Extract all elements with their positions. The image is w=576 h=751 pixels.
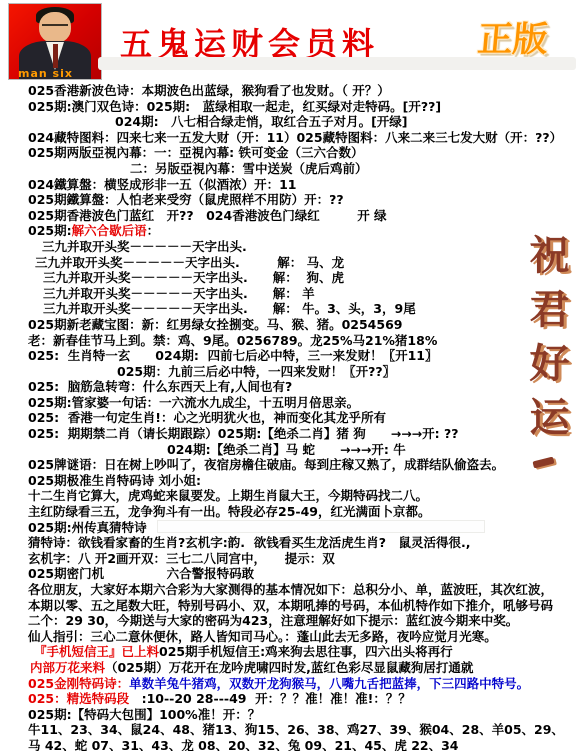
text-segment: 025期香港波色门蓝红 开?? 024香港波色门绿红 开 绿 bbox=[28, 208, 387, 223]
text-line: 三九并取开头奖－－－－－天字出头. bbox=[0, 239, 576, 255]
side-banner-text: 祝君好运 bbox=[523, 234, 569, 450]
content-lines: 025香港新波色诗：本期波色出蓝绿，猴狗看了也发财。（ 开？）025期:澳门双色… bbox=[0, 83, 576, 751]
text-line: 马 42、蛇 07、31、43、龙 08、20、32、兔 09、21、45、虎 … bbox=[0, 738, 576, 751]
text-segment: 单数羊兔牛猪鸡，双数开龙狗猴马，八嘴九舌把蓝捧，下三四路中特号。 bbox=[129, 676, 529, 691]
header-band bbox=[98, 57, 576, 70]
text-segment: 各位朋友，大家好本期六合彩为大家测得的基本情况如下：总积分小、单，蓝波旺，其次红… bbox=[28, 582, 553, 597]
text-line: 025期:澳门双色诗：025期: 蓝绿相取一起走，红买绿对走特码。[开??] bbox=[0, 99, 576, 115]
text-line: 牛11、23、34、鼠24、48、猪13、狗15、26、38、鸡27、39、猴0… bbox=[0, 722, 576, 738]
text-segment: 025香港新波色诗：本期波色出蓝绿，猴狗看了也发财。（ 开？） bbox=[28, 83, 390, 98]
text-line: 025金刚特码诗：单数羊兔牛猪鸡，双数开龙狗猴马，八嘴九舌把蓝捧，下三四路中特号… bbox=[0, 676, 576, 692]
text-line: 025期:【特码大包围】100%准！开：？ bbox=[0, 707, 576, 723]
text-segment: 025期新老藏宝图：新：红男绿女拴捌变。马、猴、猪。0254569 bbox=[28, 317, 402, 332]
text-segment: 三九并取开头奖－－－－－天字出头. 解： 马、龙 bbox=[35, 255, 344, 270]
text-line: 二个：29 30，今期送与大家的密码为423，注意理解好如下提示：蓝红波今期来中… bbox=[0, 613, 576, 629]
text-line: 025期:解六合歇后语： bbox=[0, 223, 576, 239]
text-segment: 牛11、23、34、鼠24、48、猪13、狗15、26、38、鸡27、39、猴0… bbox=[28, 722, 564, 737]
text-line: 024鐵算盤：横竖成形非一五（似酒浓）开：11 bbox=[0, 177, 576, 193]
text-segment: 024期:【绝杀二肖】马 蛇 →→→开: 牛 bbox=[167, 442, 406, 457]
text-segment: 025牌谜语：日在树上吵叫了，夜宿房檐住破庙。每到庄稼又熟了，成群结队偷盗去。 bbox=[28, 457, 504, 472]
text-line: 025：精选特码段 :10--20 28---49 开：？？准！准！准!：？？ bbox=[0, 691, 576, 707]
text-segment: 025金刚特码诗： bbox=[28, 676, 129, 691]
text-line: 025香港新波色诗：本期波色出蓝绿，猴狗看了也发财。（ 开？） bbox=[0, 83, 576, 99]
genuine-badge: 正版 bbox=[476, 12, 550, 62]
text-line: 猜特诗：欲钱看家畜的生肖?玄机字:韵. 欲钱看买生龙活虎生肖? 鼠灵活得很., bbox=[0, 535, 576, 551]
text-line: 025期香港波色门蓝红 开?? 024香港波色门绿红 开 绿 bbox=[0, 208, 576, 224]
photo-watermark: man six bbox=[18, 67, 73, 80]
text-segment: 三九并取开头奖－－－－－天字出头. 解： 狗、虎 bbox=[43, 270, 344, 285]
text-segment: 『手机短信王』已上料 bbox=[34, 644, 159, 659]
text-line: 024期:【绝杀二肖】马 蛇 →→→开: 牛 bbox=[0, 442, 576, 458]
text-line: 025期新老藏宝图：新：红男绿女拴捌变。马、猴、猪。0254569 bbox=[0, 317, 576, 333]
text-segment: 025: 香港一句定生肖!：心之光明犹火也，神而变化其龙乎所有 bbox=[28, 410, 386, 425]
photo-glasses-icon bbox=[42, 24, 68, 31]
text-line: 老：新春佳节马上到。禁：鸡、9尾。0256789。龙25%马21%猪18% bbox=[0, 333, 576, 349]
text-segment: 025期手机短信王:鸡来狗去思往事，四六出头将再行 bbox=[159, 644, 453, 659]
text-line: 三九并取开头奖－－－－－天字出头. 解： 牛。3、头，3，9尾 bbox=[0, 301, 576, 317]
text-line: 025: 期期禁二肖（请长期跟踪）025期:【绝杀二肖】猪 狗 →→→开: ?? bbox=[0, 426, 576, 442]
page-root: man six 五鬼运财会员料 正版 025香港新波色诗：本期波色出蓝绿，猴狗看… bbox=[0, 0, 576, 751]
text-segment: 025期: bbox=[28, 223, 72, 238]
text-segment: 三九并取开头奖－－－－－天字出头. 解： 牛。3、头，3，9尾 bbox=[43, 301, 416, 316]
text-segment: 三九并取开头奖－－－－－天字出头. 解： 羊 bbox=[43, 286, 315, 301]
text-line: 025期：九前三后必中特，一四来发财！〖开??〗 bbox=[0, 364, 576, 380]
text-segment: （025期）万花开在龙吟虎啸四时发,蓝红色彩尽显鼠藏狗居打通就 bbox=[105, 660, 473, 675]
text-segment: 三九并取开头奖－－－－－天字出头. bbox=[42, 239, 247, 254]
text-line: 玄机字：八 开2画开双：三七二八同宫中， 提示：双 bbox=[0, 551, 576, 567]
text-segment: ： bbox=[147, 223, 160, 238]
text-segment: 024期: 八七相合绿走悄，取红合五子对月。[开绿] bbox=[115, 114, 408, 129]
text-line: 025: 脑筋急转弯：什么东西天上有,人间也有? bbox=[0, 379, 576, 395]
text-segment: 025期:【特码大包围】100%准！开：？ bbox=[28, 707, 260, 722]
text-segment: 024鐵算盤：横竖成形非一五（似酒浓）开：11 bbox=[28, 177, 297, 192]
member-photo: man six bbox=[8, 3, 102, 80]
text-segment: 025期两版亞視內幕：一：亞視內幕: 铁可变金（三六合数） bbox=[28, 145, 363, 160]
text-line: 025期:管家婆一句话：一六流水九成尘，十五明月倍思亲。 bbox=[0, 395, 576, 411]
text-segment: 内部万花来料 bbox=[30, 660, 105, 675]
empty-box bbox=[157, 520, 485, 533]
text-line: 仙人指引：三心二意休便休，路人皆知司马心。：蓬山此去无多路，夜吟应觉月光寒。 bbox=[0, 629, 576, 645]
text-segment: 025: 期期禁二肖（请长期跟踪）025期:【绝杀二肖】猪 狗 →→→开: ?? bbox=[28, 426, 459, 441]
photo-tie bbox=[53, 44, 58, 68]
text-line: 024期: 八七相合绿走悄，取红合五子对月。[开绿] bbox=[0, 114, 576, 130]
text-line: 025期极准生肖特码诗 刘小姐: bbox=[0, 473, 576, 489]
text-line: 三九并取开头奖－－－－－天字出头. 解： 狗、虎 bbox=[0, 270, 576, 286]
text-line: 各位朋友，大家好本期六合彩为大家测得的基本情况如下：总积分小、单，蓝波旺，其次红… bbox=[0, 582, 576, 598]
text-line: 025期密门机 六合警报特码敢 bbox=[0, 566, 576, 582]
text-segment: 025期:管家婆一句话：一六流水九成尘，十五明月倍思亲。 bbox=[28, 395, 359, 410]
text-segment: 玄机字：八 开2画开双：三七二八同宫中， 提示：双 bbox=[28, 551, 335, 566]
text-segment: 二个：29 30，今期送与大家的密码为423，注意理解好如下提示：蓝红波今期来中… bbox=[28, 613, 518, 628]
text-segment: 025期鐵算盤：人怕老来受穷（鼠虎照样不用防）开：?? bbox=[28, 192, 344, 207]
text-segment: 025期:澳门双色诗：025期: 蓝绿相取一起走，红买绿对走特码。[开??] bbox=[28, 99, 441, 114]
text-line: 主红防绿看三五，龙争狗斗有一出。特段必存25-49，红光满面卜京都。 bbox=[0, 504, 576, 520]
text-line: 025牌谜语：日在树上吵叫了，夜宿房檐住破庙。每到庄稼又熟了，成群结队偷盗去。 bbox=[0, 457, 576, 473]
text-segment: 解六合歇后语 bbox=[72, 223, 147, 238]
text-segment: 025期密门机 六合警报特码敢 bbox=[28, 566, 254, 581]
text-segment: 猜特诗：欲钱看家畜的生肖?玄机字:韵. 欲钱看买生龙活虎生肖? 鼠灵活得很., bbox=[28, 535, 470, 550]
text-segment: 025期:州传真猜特诗 bbox=[28, 520, 147, 535]
text-line: 025: 香港一句定生肖!：心之光明犹火也，神而变化其龙乎所有 bbox=[0, 410, 576, 426]
text-segment: 马 42、蛇 07、31、43、龙 08、20、32、兔 09、21、45、虎 … bbox=[28, 738, 459, 751]
text-segment: 025期极准生肖特码诗 刘小姐: bbox=[28, 473, 201, 488]
text-segment: :10--20 28---49 开：？？准！准！准!：？？ bbox=[129, 691, 411, 706]
text-line: 二：另版亞視內幕：雪中送炭（虎后鸡前） bbox=[0, 161, 576, 177]
text-segment: 十二生肖它算大，虎鸡蛇来鼠要发。上期生肖鼠大王，今期特码找二八。 bbox=[28, 488, 428, 503]
text-segment: 025：精选特码段 bbox=[28, 691, 129, 706]
text-segment: 024藏特图料：四来七来一五发大财（开：11）025藏特图料：八来二来三七发大财… bbox=[28, 130, 562, 145]
text-line: 本期以零、五之尾数大旺，特别号码小、双，本期吼捧的号码，本仙机特作如下推介，吼够… bbox=[0, 598, 576, 614]
text-segment: 本期以零、五之尾数大旺，特别号码小、双，本期吼捧的号码，本仙机特作如下推介，吼够… bbox=[28, 598, 553, 613]
text-segment: 老：新春佳节马上到。禁：鸡、9尾。0256789。龙25%马21%猪18% bbox=[28, 333, 437, 348]
text-line: 024藏特图料：四来七来一五发大财（开：11）025藏特图料：八来二来三七发大财… bbox=[0, 130, 576, 146]
text-segment: 仙人指引：三心二意休便休，路人皆知司马心。：蓬山此去无多路，夜吟应觉月光寒。 bbox=[28, 629, 497, 644]
text-segment: 主红防绿看三五，龙争狗斗有一出。特段必存25-49，红光满面卜京都。 bbox=[28, 504, 430, 519]
text-segment: 025期：九前三后必中特，一四来发财！〖开??〗 bbox=[117, 364, 395, 379]
text-line: 025期鐵算盤：人怕老来受穷（鼠虎照样不用防）开：?? bbox=[0, 192, 576, 208]
text-segment: 025: 脑筋急转弯：什么东西天上有,人间也有? bbox=[28, 379, 292, 394]
text-line: 025: 生肖特一玄 024期: 四前七后必中特，三一来发财！〖开11〗 bbox=[0, 348, 576, 364]
text-line: 内部万花来料（025期）万花开在龙吟虎啸四时发,蓝红色彩尽显鼠藏狗居打通就 bbox=[0, 660, 576, 676]
text-line: 『手机短信王』已上料025期手机短信王:鸡来狗去思往事，四六出头将再行 bbox=[0, 644, 576, 660]
text-segment: 025: 生肖特一玄 024期: 四前七后必中特，三一来发财！〖开11〗 bbox=[28, 348, 438, 363]
text-line: 十二生肖它算大，虎鸡蛇来鼠要发。上期生肖鼠大王，今期特码找二八。 bbox=[0, 488, 576, 504]
text-line: 025期两版亞視內幕：一：亞視內幕: 铁可变金（三六合数） bbox=[0, 145, 576, 161]
text-line: 三九并取开头奖－－－－－天字出头. 解： 羊 bbox=[0, 286, 576, 302]
text-segment: 二：另版亞視內幕：雪中送炭（虎后鸡前） bbox=[130, 161, 368, 176]
text-line: 三九并取开头奖－－－－－天字出头. 解： 马、龙 bbox=[0, 255, 576, 271]
text-line: 025期:州传真猜特诗 bbox=[0, 520, 576, 536]
